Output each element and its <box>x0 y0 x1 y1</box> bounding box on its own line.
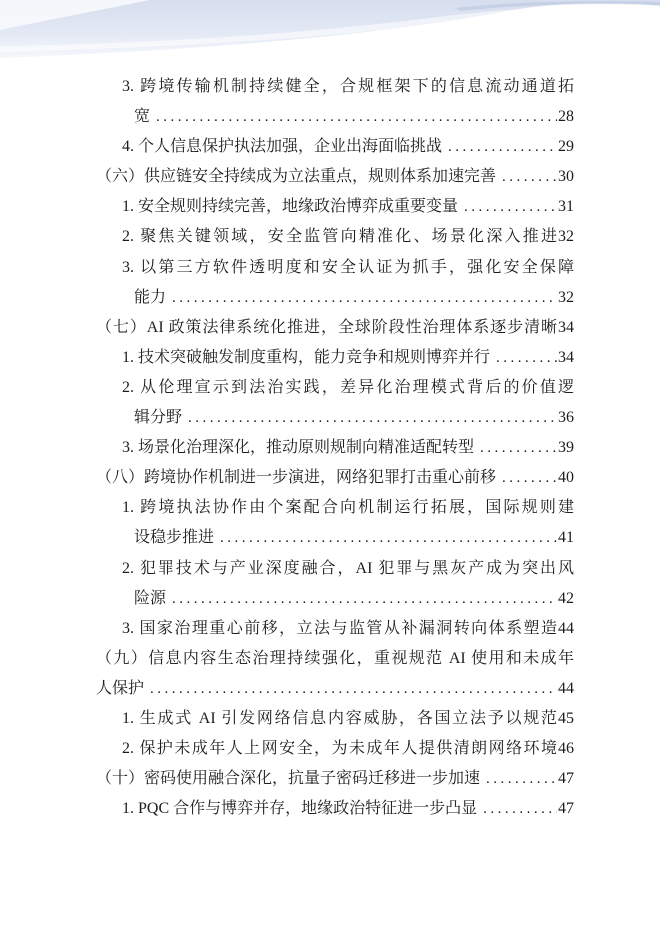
document-page: 3. 跨境传输机制持续健全，合规框架下的信息流动通道拓宽............… <box>0 0 660 934</box>
toc-entry-text: 2. 保护未成年人上网安全，为未成年人提供清朗网络环境 <box>122 734 557 764</box>
toc-page-number: 44 <box>557 614 574 644</box>
toc-entry-text: （九）信息内容生态治理持续强化，重视规范 AI 使用和未成年 <box>96 644 574 674</box>
toc-entry-text: 人保护 <box>96 674 144 704</box>
wave-graphic <box>0 0 660 66</box>
toc-line: 宽.......................................… <box>96 102 574 132</box>
toc-entry-text: 2. 聚焦关键领域，安全监管向精准化、场景化深入推进 <box>122 222 557 252</box>
toc-page-number: 34 <box>557 313 574 343</box>
toc-entry-text: 1. PQC 合作与博弈并存，地缘政治特征进一步凸显 <box>122 794 477 824</box>
toc-entry-text: 1. 技术突破触发制度重构，能力竞争和规则博弈并行 <box>122 343 490 373</box>
toc-entry-text: 宽 <box>134 102 150 132</box>
toc-line: 2. 犯罪技术与产业深度融合，AI 犯罪与黑灰产成为突出风 <box>96 554 574 584</box>
toc-page-number: 47 <box>557 764 574 794</box>
toc-entry-text: 2. 犯罪技术与产业深度融合，AI 犯罪与黑灰产成为突出风 <box>122 554 574 584</box>
toc-page-number: 41 <box>557 523 574 553</box>
toc-entry-text: 辑分野 <box>134 403 182 433</box>
toc-line: 险源......................................… <box>96 584 574 614</box>
toc-page-number: 44 <box>557 674 574 704</box>
toc-page-number: 45 <box>557 704 574 734</box>
toc-line: 1. 跨境执法协作由个案配合向机制运行拓展，国际规则建 <box>96 493 574 523</box>
toc-dot-leader: ........................................… <box>144 674 557 704</box>
toc-line: （九）信息内容生态治理持续强化，重视规范 AI 使用和未成年 <box>96 644 574 674</box>
toc-line: （七）AI 政策法律系统化推进，全球阶段性治理体系逐步清晰34 <box>96 313 574 343</box>
toc-dot-leader: ........................................… <box>442 132 557 162</box>
toc-line: 4. 个人信息保护执法加强，企业出海面临挑战..................… <box>96 132 574 162</box>
toc-page-number: 34 <box>557 343 574 373</box>
toc-entry-text: 3. 场景化治理深化，推动原则规制向精准适配转型 <box>122 433 474 463</box>
toc-line: （十）密码使用融合深化，抗量子密码迁移进一步加速................… <box>96 764 574 794</box>
top-wave-decoration <box>0 0 660 66</box>
toc-entry-text: 能力 <box>134 283 166 313</box>
toc-entry-text: 2. 从伦理宣示到法治实践，差异化治理模式背后的价值逻 <box>122 373 574 403</box>
toc-line: 1. PQC 合作与博弈并存，地缘政治特征进一步凸显..............… <box>96 794 574 824</box>
toc-page-number: 31 <box>557 192 574 222</box>
toc-page-number: 32 <box>557 222 574 252</box>
toc-line: 2. 从伦理宣示到法治实践，差异化治理模式背后的价值逻 <box>96 373 574 403</box>
toc-line: 1. 技术突破触发制度重构，能力竞争和规则博弈并行...............… <box>96 343 574 373</box>
toc-page-number: 28 <box>557 102 574 132</box>
toc-dot-leader: ........................................… <box>166 283 557 313</box>
toc-line: （八）跨境协作机制进一步演进，网络犯罪打击重心前移...............… <box>96 463 574 493</box>
toc-entry-text: 1. 生成式 AI 引发网络信息内容威胁，各国立法予以规范 <box>122 704 557 734</box>
toc-page-number: 30 <box>557 162 574 192</box>
toc-dot-leader: ........................................… <box>474 433 557 463</box>
toc-entry-text: （六）供应链安全持续成为立法重点，规则体系加速完善 <box>96 162 496 192</box>
toc-line: 1. 生成式 AI 引发网络信息内容威胁，各国立法予以规范45 <box>96 704 574 734</box>
toc-line: 2. 保护未成年人上网安全，为未成年人提供清朗网络环境46 <box>96 734 574 764</box>
toc-entry-text: 3. 以第三方软件透明度和安全认证为抓手，强化安全保障 <box>122 253 574 283</box>
toc-entry-text: 1. 跨境执法协作由个案配合向机制运行拓展，国际规则建 <box>122 493 574 523</box>
toc-entry-text: 4. 个人信息保护执法加强，企业出海面临挑战 <box>122 132 442 162</box>
toc-dot-leader: ........................................… <box>496 162 557 192</box>
toc-line: 2. 聚焦关键领域，安全监管向精准化、场景化深入推进32 <box>96 222 574 252</box>
toc-dot-leader: ........................................… <box>490 343 557 373</box>
toc-entry-text: （八）跨境协作机制进一步演进，网络犯罪打击重心前移 <box>96 463 496 493</box>
toc-page-number: 46 <box>557 734 574 764</box>
toc-page-number: 42 <box>557 584 574 614</box>
toc-dot-leader: ........................................… <box>182 403 557 433</box>
toc-line: 人保护.....................................… <box>96 674 574 704</box>
toc-entry-text: 设稳步推进 <box>134 523 214 553</box>
toc-page-number: 29 <box>557 132 574 162</box>
toc-entry-text: 险源 <box>134 584 166 614</box>
toc-dot-leader: ........................................… <box>150 102 557 132</box>
toc-page-number: 40 <box>557 463 574 493</box>
toc-line: 设稳步推进...................................… <box>96 523 574 553</box>
toc-line: 3. 以第三方软件透明度和安全认证为抓手，强化安全保障 <box>96 253 574 283</box>
toc-line: 能力......................................… <box>96 283 574 313</box>
toc-entry-text: （十）密码使用融合深化，抗量子密码迁移进一步加速 <box>96 764 480 794</box>
toc-dot-leader: ........................................… <box>480 764 557 794</box>
table-of-contents: 3. 跨境传输机制持续健全，合规框架下的信息流动通道拓宽............… <box>96 72 574 824</box>
toc-page-number: 39 <box>557 433 574 463</box>
toc-dot-leader: ........................................… <box>214 523 557 553</box>
toc-dot-leader: ........................................… <box>477 794 557 824</box>
toc-entry-text: （七）AI 政策法律系统化推进，全球阶段性治理体系逐步清晰 <box>96 313 557 343</box>
toc-page-number: 32 <box>557 283 574 313</box>
toc-dot-leader: ........................................… <box>166 584 557 614</box>
toc-dot-leader: ........................................… <box>496 463 557 493</box>
toc-entry-text: 3. 跨境传输机制持续健全，合规框架下的信息流动通道拓 <box>122 72 574 102</box>
toc-entry-text: 3. 国家治理重心前移，立法与监管从补漏洞转向体系塑造 <box>122 614 557 644</box>
toc-entry-text: 1. 安全规则持续完善，地缘政治博弈成重要变量 <box>122 192 458 222</box>
toc-line: 3. 国家治理重心前移，立法与监管从补漏洞转向体系塑造44 <box>96 614 574 644</box>
toc-line: 3. 场景化治理深化，推动原则规制向精准适配转型................… <box>96 433 574 463</box>
toc-page-number: 47 <box>557 794 574 824</box>
toc-page-number: 36 <box>557 403 574 433</box>
toc-line: 3. 跨境传输机制持续健全，合规框架下的信息流动通道拓 <box>96 72 574 102</box>
toc-line: （六）供应链安全持续成为立法重点，规则体系加速完善...............… <box>96 162 574 192</box>
toc-line: 辑分野.....................................… <box>96 403 574 433</box>
toc-dot-leader: ........................................… <box>458 192 557 222</box>
toc-line: 1. 安全规则持续完善，地缘政治博弈成重要变量.................… <box>96 192 574 222</box>
